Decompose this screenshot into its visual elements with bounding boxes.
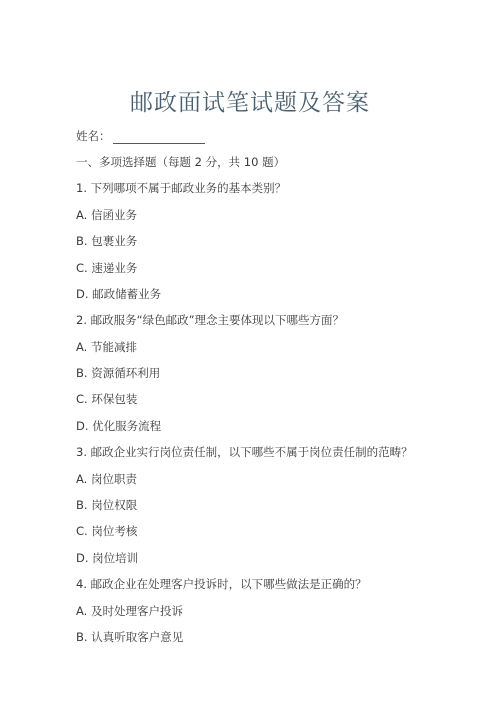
question-4-option-b: B. 认真听取客户意见 bbox=[76, 629, 183, 645]
question-2-option-d: D. 优化服务流程 bbox=[76, 418, 161, 434]
question-1-option-a: A. 信函业务 bbox=[76, 207, 137, 223]
name-blank-line bbox=[113, 131, 205, 144]
name-field-row: 姓名： bbox=[76, 128, 205, 144]
question-3: 3. 邮政企业实行岗位责任制，以下哪些不属于岗位责任制的范畴？ bbox=[76, 444, 413, 460]
question-2-option-b: B. 资源循环利用 bbox=[76, 365, 160, 381]
question-2: 2. 邮政服务“绿色邮政”理念主要体现以下哪些方面？ bbox=[76, 312, 344, 328]
question-3-option-b: B. 岗位权限 bbox=[76, 497, 137, 513]
question-4: 4. 邮政企业在处理客户投诉时，以下哪些做法是正确的？ bbox=[76, 576, 367, 592]
question-1: 1. 下列哪项不属于邮政业务的基本类别？ bbox=[76, 180, 286, 196]
document-page: 邮政面试笔试题及答案 姓名： 一、多项选择题（每题 2 分，共 10 题） 1.… bbox=[0, 0, 500, 707]
question-1-option-c: C. 速递业务 bbox=[76, 260, 137, 276]
question-3-option-c: C. 岗位考核 bbox=[76, 523, 137, 539]
question-3-option-d: D. 岗位培训 bbox=[76, 550, 138, 566]
question-1-option-b: B. 包裹业务 bbox=[76, 233, 137, 249]
document-title: 邮政面试笔试题及答案 bbox=[0, 84, 500, 117]
name-label: 姓名： bbox=[76, 128, 111, 144]
question-2-option-c: C. 环保包装 bbox=[76, 391, 137, 407]
question-1-option-d: D. 邮政储蓄业务 bbox=[76, 286, 161, 302]
question-4-option-a: A. 及时处理客户投诉 bbox=[76, 603, 183, 619]
question-2-option-a: A. 节能减排 bbox=[76, 339, 137, 355]
question-3-option-a: A. 岗位职责 bbox=[76, 471, 137, 487]
section-heading: 一、多项选择题（每题 2 分，共 10 题） bbox=[76, 154, 285, 170]
